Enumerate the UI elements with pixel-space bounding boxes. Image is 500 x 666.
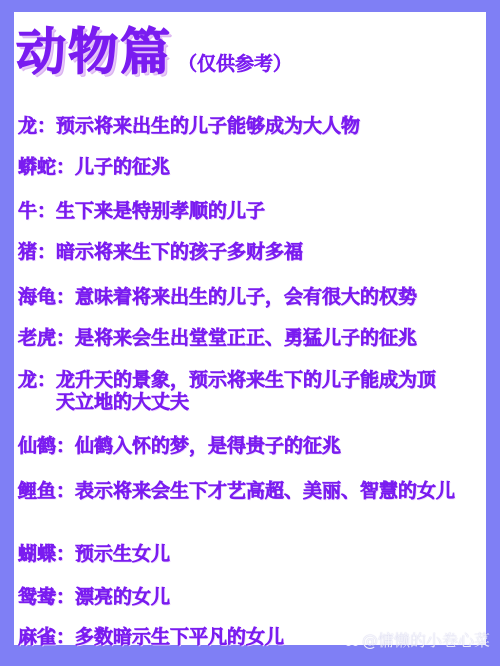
item-label: 仙鹤： [18, 435, 75, 457]
list-item: 海龟： 意味着将来出生的儿子，会有很大的权势 [18, 286, 417, 308]
list-item: 猪： 暗示将来生下的孩子多财多福 [18, 241, 303, 263]
paw-icon [344, 632, 360, 648]
item-desc: 漂亮的女儿 [75, 586, 170, 608]
item-desc: 意味着将来出生的儿子，会有很大的权势 [75, 286, 417, 308]
page-title: 动物篇 [16, 24, 172, 80]
item-label: 鲤鱼： [18, 480, 75, 502]
item-desc: 多数暗示生下平凡的女儿 [75, 626, 284, 648]
watermark-text: @慵懒的小卷心菜 [362, 628, 490, 651]
watermark: @慵懒的小卷心菜 [344, 628, 490, 651]
item-label: 龙： [18, 369, 56, 391]
item-desc: 表示将来会生下才艺高超、美丽、智慧的女儿 [75, 480, 465, 502]
page-subtitle: （仅供参考） [178, 52, 292, 76]
item-desc: 仙鹤入怀的梦，是得贵子的征兆 [75, 435, 341, 457]
item-label: 猪： [18, 241, 56, 263]
item-desc: 儿子的征兆 [75, 156, 170, 178]
list-item: 麻雀： 多数暗示生下平凡的女儿 [18, 626, 284, 648]
item-label: 蟒蛇： [18, 156, 75, 178]
list-item: 牛： 生下来是特别孝顺的儿子 [18, 200, 265, 222]
item-label: 牛： [18, 200, 56, 222]
item-label: 龙： [18, 115, 56, 137]
list-item: 龙： 预示将来出生的儿子能够成为大人物 [18, 115, 360, 137]
item-label: 麻雀： [18, 626, 75, 648]
item-label: 海龟： [18, 286, 75, 308]
list-item: 鲤鱼： 表示将来会生下才艺高超、美丽、智慧的女儿 [18, 480, 465, 502]
list-item: 仙鹤： 仙鹤入怀的梦，是得贵子的征兆 [18, 435, 341, 457]
list-item: 老虎： 是将来会生出堂堂正正、勇猛儿子的征兆 [18, 327, 417, 349]
item-label: 老虎： [18, 327, 75, 349]
item-label: 鸳鸯： [18, 586, 75, 608]
list-item: 鸳鸯： 漂亮的女儿 [18, 586, 170, 608]
item-desc: 预示将来出生的儿子能够成为大人物 [56, 115, 360, 137]
list-item: 蟒蛇： 儿子的征兆 [18, 156, 170, 178]
header: 动物篇 （仅供参考） [16, 24, 292, 80]
item-desc: 暗示将来生下的孩子多财多福 [56, 241, 303, 263]
list-item: 蝴蝶： 预示生女儿 [18, 543, 170, 565]
item-label: 蝴蝶： [18, 543, 75, 565]
item-desc: 生下来是特别孝顺的儿子 [56, 200, 265, 222]
item-desc: 是将来会生出堂堂正正、勇猛儿子的征兆 [75, 327, 417, 349]
list-item: 龙： 龙升天的景象，预示将来生下的儿子能成为顶天立地的大丈夫 [18, 369, 446, 413]
item-desc: 预示生女儿 [75, 543, 170, 565]
item-desc: 龙升天的景象，预示将来生下的儿子能成为顶天立地的大丈夫 [56, 369, 446, 413]
